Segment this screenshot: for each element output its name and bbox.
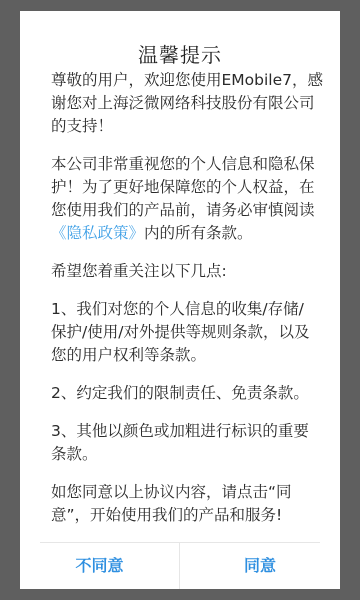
text-line: 尊敬的用户，欢迎您使用EMobile7，感 <box>51 69 320 92</box>
text-line: 2、约定我们的限制责任、免责条款。 <box>51 382 320 405</box>
text-line: 3、其他以颜色或加粗进行标识的重要 <box>51 420 320 443</box>
text-line: 本公司非常重视您的个人信息和隐私保 <box>51 153 320 176</box>
text-line: 谢您对上海泛微网络科技股份有限公司 <box>51 92 320 115</box>
agree-button[interactable]: 同意 <box>180 543 340 589</box>
privacy-paragraph: 本公司非常重视您的个人信息和隐私保 护！为了更好地保障您的个人权益，在 您使用我… <box>51 153 320 245</box>
text-line: 条款。 <box>51 443 320 466</box>
consent-paragraph: 如您同意以上协议内容，请点击“同 意”，开始使用我们的产品和服务! <box>51 481 320 527</box>
text-line: 《隐私政策》内的所有条款。 <box>51 222 320 245</box>
privacy-dialog: 温馨提示 尊敬的用户，欢迎您使用EMobile7，感 谢您对上海泛微网络科技股份… <box>20 11 340 589</box>
text-fragment: 内的所有条款。 <box>144 224 253 242</box>
text-line: 1、我们对您的个人信息的收集/存储/ <box>51 298 320 321</box>
point-2: 2、约定我们的限制责任、免责条款。 <box>51 382 320 405</box>
text-line: 您使用我们的产品前，请务必审慎阅读 <box>51 199 320 222</box>
privacy-policy-link[interactable]: 《隐私政策》 <box>51 224 144 242</box>
text-line: 护！为了更好地保障您的个人权益，在 <box>51 176 320 199</box>
text-line: 您的用户权利等条款。 <box>51 344 320 367</box>
dialog-body: 尊敬的用户，欢迎您使用EMobile7，感 谢您对上海泛微网络科技股份有限公司 … <box>51 69 320 542</box>
text-line: 的支持！ <box>51 115 320 138</box>
text-line: 希望您着重关注以下几点: <box>51 260 320 283</box>
welcome-paragraph: 尊敬的用户，欢迎您使用EMobile7，感 谢您对上海泛微网络科技股份有限公司 … <box>51 69 320 138</box>
attention-intro: 希望您着重关注以下几点: <box>51 260 320 283</box>
text-line: 意”，开始使用我们的产品和服务! <box>51 504 320 527</box>
text-line: 如您同意以上协议内容，请点击“同 <box>51 481 320 504</box>
point-3: 3、其他以颜色或加粗进行标识的重要 条款。 <box>51 420 320 466</box>
dialog-title: 温馨提示 <box>20 43 340 67</box>
disagree-button[interactable]: 不同意 <box>20 543 179 589</box>
point-1: 1、我们对您的个人信息的收集/存储/ 保护/使用/对外提供等规则条款，以及 您的… <box>51 298 320 367</box>
text-line: 保护/使用/对外提供等规则条款，以及 <box>51 321 320 344</box>
